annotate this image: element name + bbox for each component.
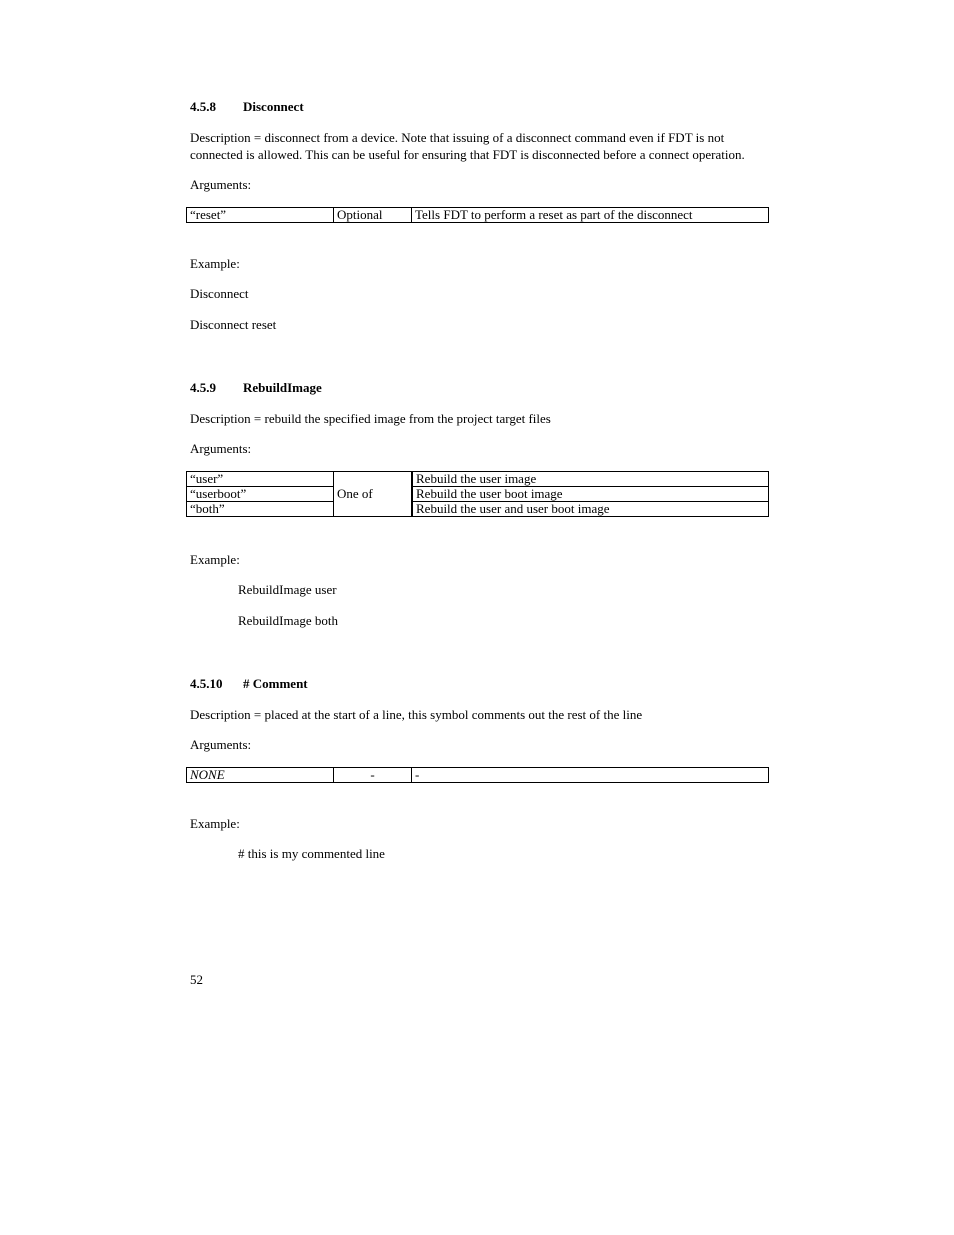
argument-name: NONE	[187, 768, 334, 783]
arguments-table-rebuildimage: “user” One of Rebuild the user image “us…	[186, 471, 769, 517]
arguments-label: Arguments:	[190, 736, 251, 753]
argument-type: Optional	[334, 208, 412, 223]
table-row: NONE - -	[187, 768, 769, 783]
example-code: RebuildImage user	[238, 581, 337, 598]
example-label: Example:	[190, 551, 240, 568]
example-label: Example:	[190, 815, 240, 832]
table-row: “user” One of Rebuild the user image	[187, 472, 769, 487]
argument-description: Rebuild the user image	[412, 472, 769, 487]
section-heading-rebuildimage: 4.5.9RebuildImage	[190, 380, 322, 396]
argument-description: Tells FDT to perform a reset as part of …	[412, 208, 769, 223]
description-line: connected is allowed. This can be useful…	[190, 146, 745, 163]
argument-name: “both”	[187, 502, 334, 517]
example-code: Disconnect reset	[190, 316, 276, 333]
arguments-table-comment: NONE - -	[186, 767, 769, 783]
argument-name: “user”	[187, 472, 334, 487]
section-number: 4.5.9	[190, 380, 243, 396]
page-number: 52	[190, 971, 203, 988]
table-row: “userboot” Rebuild the user boot image	[187, 487, 769, 502]
example-code: RebuildImage both	[238, 612, 338, 629]
section-heading-comment: 4.5.10# Comment	[190, 676, 308, 692]
argument-name: “reset”	[187, 208, 334, 223]
arguments-label: Arguments:	[190, 440, 251, 457]
table-row: “reset” Optional Tells FDT to perform a …	[187, 208, 769, 223]
description-line: Description = placed at the start of a l…	[190, 706, 642, 723]
argument-description: Rebuild the user and user boot image	[412, 502, 769, 517]
section-title: Disconnect	[243, 99, 304, 114]
table-row: “both” Rebuild the user and user boot im…	[187, 502, 769, 517]
example-code: # this is my commented line	[238, 845, 385, 862]
arguments-table-disconnect: “reset” Optional Tells FDT to perform a …	[186, 207, 769, 223]
argument-name: “userboot”	[187, 487, 334, 502]
section-title: RebuildImage	[243, 380, 322, 395]
section-number: 4.5.10	[190, 676, 243, 692]
section-title: # Comment	[243, 676, 308, 691]
example-code: Disconnect	[190, 285, 248, 302]
arguments-label: Arguments:	[190, 176, 251, 193]
example-label: Example:	[190, 255, 240, 272]
section-heading-disconnect: 4.5.8Disconnect	[190, 99, 304, 115]
argument-type: One of	[334, 472, 413, 517]
section-number: 4.5.8	[190, 99, 243, 115]
description-line: Description = disconnect from a device. …	[190, 129, 724, 146]
argument-description: Rebuild the user boot image	[412, 487, 769, 502]
argument-description: -	[412, 768, 769, 783]
description-line: Description = rebuild the specified imag…	[190, 410, 551, 427]
argument-type: -	[334, 768, 412, 783]
